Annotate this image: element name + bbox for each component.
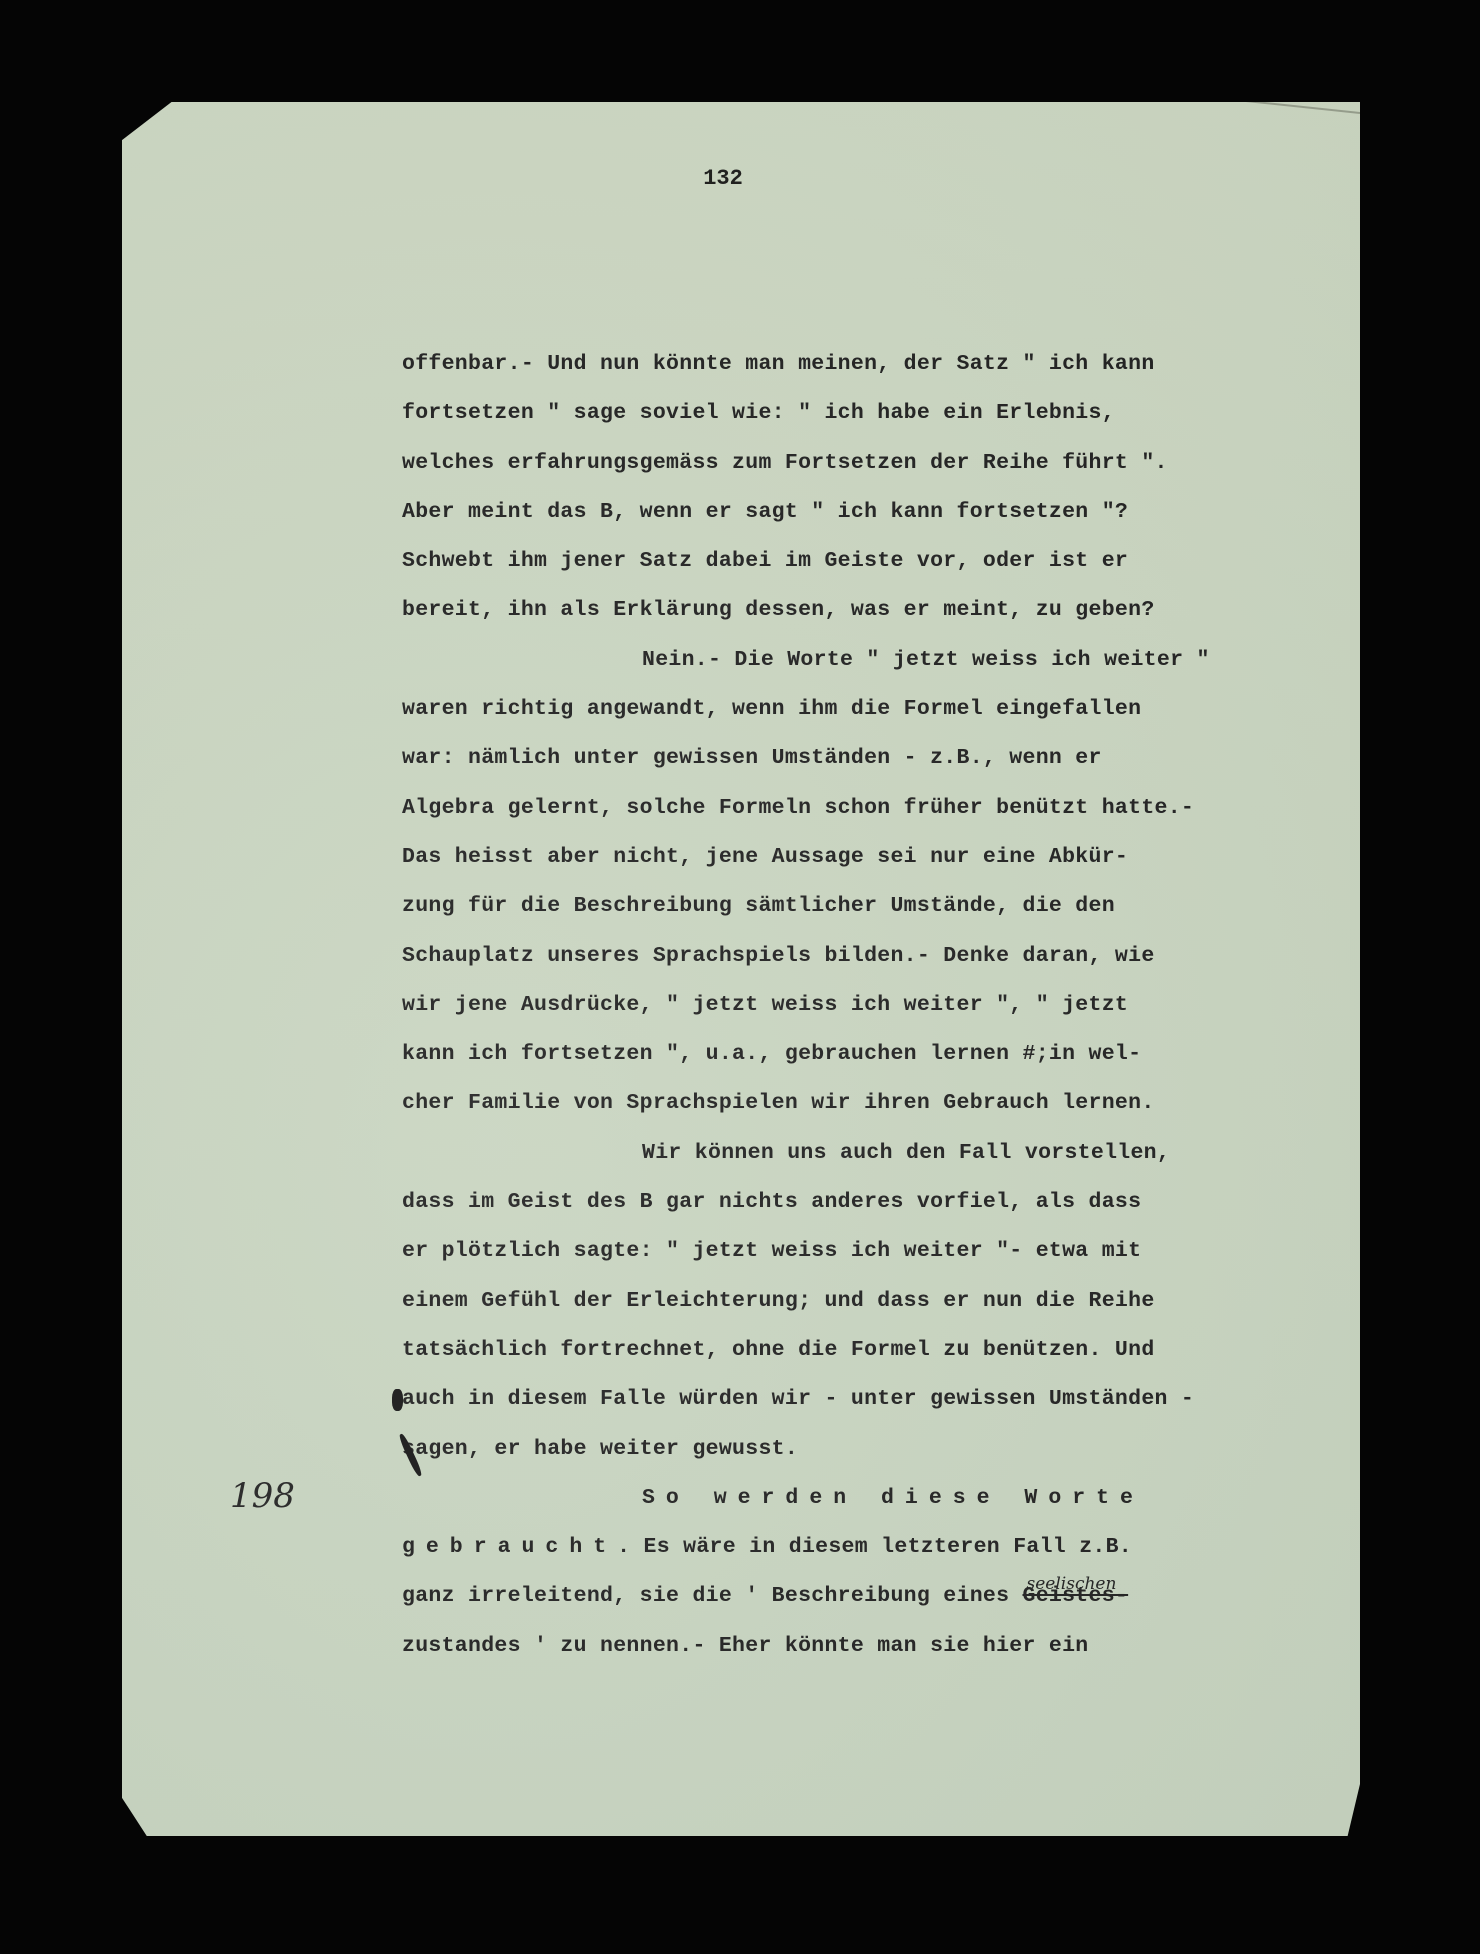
sentence-text: ganz irreleitend, sie die ' Beschreibung… [402, 1584, 1023, 1608]
text-line: fortsetzen " sage soviel wie: " ich habe… [402, 389, 1282, 438]
final-line: zustandes ' zu nennen.- Eher könnte man … [402, 1622, 1282, 1671]
struck-word: Geistes-seelischen [1023, 1584, 1129, 1608]
paragraph-lines: offenbar.- Und nun könnte man meinen, de… [402, 340, 1282, 1474]
sentence-text: . Es wäre in diesem letzteren Fall z.B. [617, 1535, 1132, 1559]
ink-blot-mark [392, 1389, 403, 1411]
text-line: einem Gefühl der Erleichterung; und dass… [402, 1277, 1282, 1326]
text-line: wir jene Ausdrücke, " jetzt weiss ich we… [402, 981, 1282, 1030]
text-line: cher Familie von Sprachspielen wir ihren… [402, 1079, 1282, 1128]
text-line: sagen, er habe weiter gewusst. [402, 1425, 1282, 1474]
spaced-continuation-line: gebraucht. Es wäre in diesem letzteren F… [402, 1523, 1282, 1572]
text-line: Algebra gelernt, solche Formeln schon fr… [402, 784, 1282, 833]
spaced-heading: So werden diese Worte [642, 1486, 1144, 1510]
text-line: waren richtig angewandt, wenn ihm die Fo… [402, 685, 1282, 734]
text-line: welches erfahrungsgemäss zum Fortsetzen … [402, 439, 1282, 488]
spaced-continuation: gebraucht [402, 1535, 617, 1559]
handwritten-correction: seelischen [1027, 1560, 1117, 1609]
text-line: Aber meint das B, wenn er sagt " ich kan… [402, 488, 1282, 537]
text-line: Schauplatz unseres Sprachspiels bilden.-… [402, 932, 1282, 981]
spaced-heading-line: So werden diese Worte [402, 1474, 1282, 1523]
text-line: auch in diesem Falle würden wir - unter … [402, 1375, 1282, 1424]
text-line: kann ich fortsetzen ", u.a., gebrauchen … [402, 1030, 1282, 1079]
margin-annotation: 198 [230, 1476, 295, 1516]
corner-fold [1101, 85, 1360, 114]
ink-stroke-mark [398, 1433, 424, 1478]
text-line: dass im Geist des B gar nichts anderes v… [402, 1178, 1282, 1227]
text-line: bereit, ihn als Erklärung dessen, was er… [402, 586, 1282, 635]
text-line: er plötzlich sagte: " jetzt weiss ich we… [402, 1227, 1282, 1276]
text-line: war: nämlich unter gewissen Umständen - … [402, 734, 1282, 783]
page-number: 132 [122, 166, 1360, 191]
corrected-line: ganz irreleitend, sie die ' Beschreibung… [402, 1572, 1282, 1621]
text-line: Wir können uns auch den Fall vorstellen, [402, 1129, 1282, 1178]
typescript-page: 132 offenbar.- Und nun könnte man meinen… [122, 102, 1360, 1836]
text-line: offenbar.- Und nun könnte man meinen, de… [402, 340, 1282, 389]
text-line: Schwebt ihm jener Satz dabei im Geiste v… [402, 537, 1282, 586]
text-line: zung für die Beschreibung sämtlicher Ums… [402, 882, 1282, 931]
text-line: Das heisst aber nicht, jene Aussage sei … [402, 833, 1282, 882]
text-line: Nein.- Die Worte " jetzt weiss ich weite… [402, 636, 1282, 685]
text-line: tatsächlich fortrechnet, ohne die Formel… [402, 1326, 1282, 1375]
typed-text-body: offenbar.- Und nun könnte man meinen, de… [402, 340, 1282, 1671]
